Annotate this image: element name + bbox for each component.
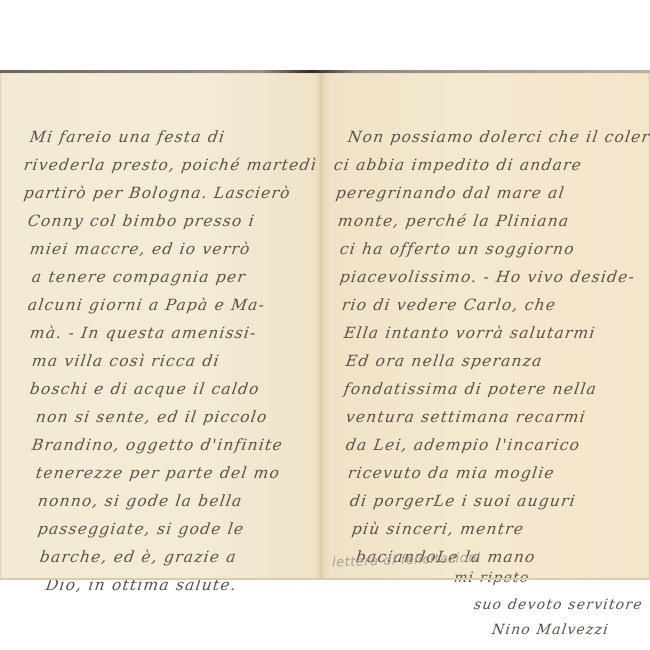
text-line: ricevuto da mia moglie	[347, 464, 556, 482]
text-line: piacevolissimo. - Ho vivo deside-	[339, 268, 637, 286]
text-line: a tenere compagnia per	[31, 268, 248, 286]
text-line: fondatissima di potere nella	[343, 380, 599, 398]
text-line: passeggiate, si gode le	[37, 520, 246, 538]
text-line: Ed ora nella speranza	[345, 352, 544, 370]
text-line: tenerezze per parte del mo	[35, 464, 282, 482]
left-page: Mi fareio una festa di rivederla presto,…	[0, 70, 318, 580]
signature: Nino Malvezzi	[491, 622, 610, 638]
text-line: Mi fareio una festa di	[29, 128, 227, 146]
text-line: barche, ed è, grazie a	[39, 548, 238, 566]
text-line: Dio, in ottima salute.	[45, 576, 238, 594]
text-line: ma villa così ricca di	[31, 352, 221, 370]
text-line: Non possiamo dolerci che il colera	[347, 128, 650, 146]
text-line: monte, perché la Pliniana	[337, 212, 571, 230]
text-line: rio di vedere Carlo, che	[341, 296, 558, 314]
closing-line: suo devoto servitore	[473, 597, 644, 613]
text-line: boschi e di acque il caldo	[29, 380, 261, 398]
text-line: rivederla presto, poiché martedì	[23, 156, 318, 174]
text-line: nonno, si gode la bella	[37, 492, 244, 510]
text-line: più sinceri, mentre	[351, 520, 526, 538]
text-line: di porgerLe i suoi auguri	[349, 492, 577, 510]
text-line: ci abbia impedito di andare	[333, 156, 584, 174]
text-line: mà. - In questa amenissi-	[29, 324, 258, 342]
text-line: da Lei, adempio l'incarico	[345, 436, 582, 454]
letter-sheet: Mi fareio una festa di rivederla presto,…	[0, 70, 650, 580]
text-line: alcuni giorni a Papà e Ma-	[27, 296, 267, 314]
text-line: miei maccre, ed io verrò	[29, 240, 252, 258]
text-line: Ella intanto vorrà salutarmi	[343, 324, 597, 342]
text-line: peregrinando dal mare al	[335, 184, 566, 202]
right-page: Non possiamo dolerci che il colera ci ab…	[324, 70, 650, 580]
text-line: Brandino, oggetto d'infinite	[31, 436, 284, 454]
text-line: ci ha offerto un soggiorno	[339, 240, 576, 258]
text-line: Conny col bimbo presso i	[27, 212, 256, 230]
text-line: partirò per Bologna. Lascierò	[23, 184, 292, 202]
closing-line: mi ripeto	[453, 570, 531, 586]
text-line: non si sente, ed il piccolo	[35, 408, 269, 426]
text-line: ventura settimana recarmi	[345, 408, 587, 426]
